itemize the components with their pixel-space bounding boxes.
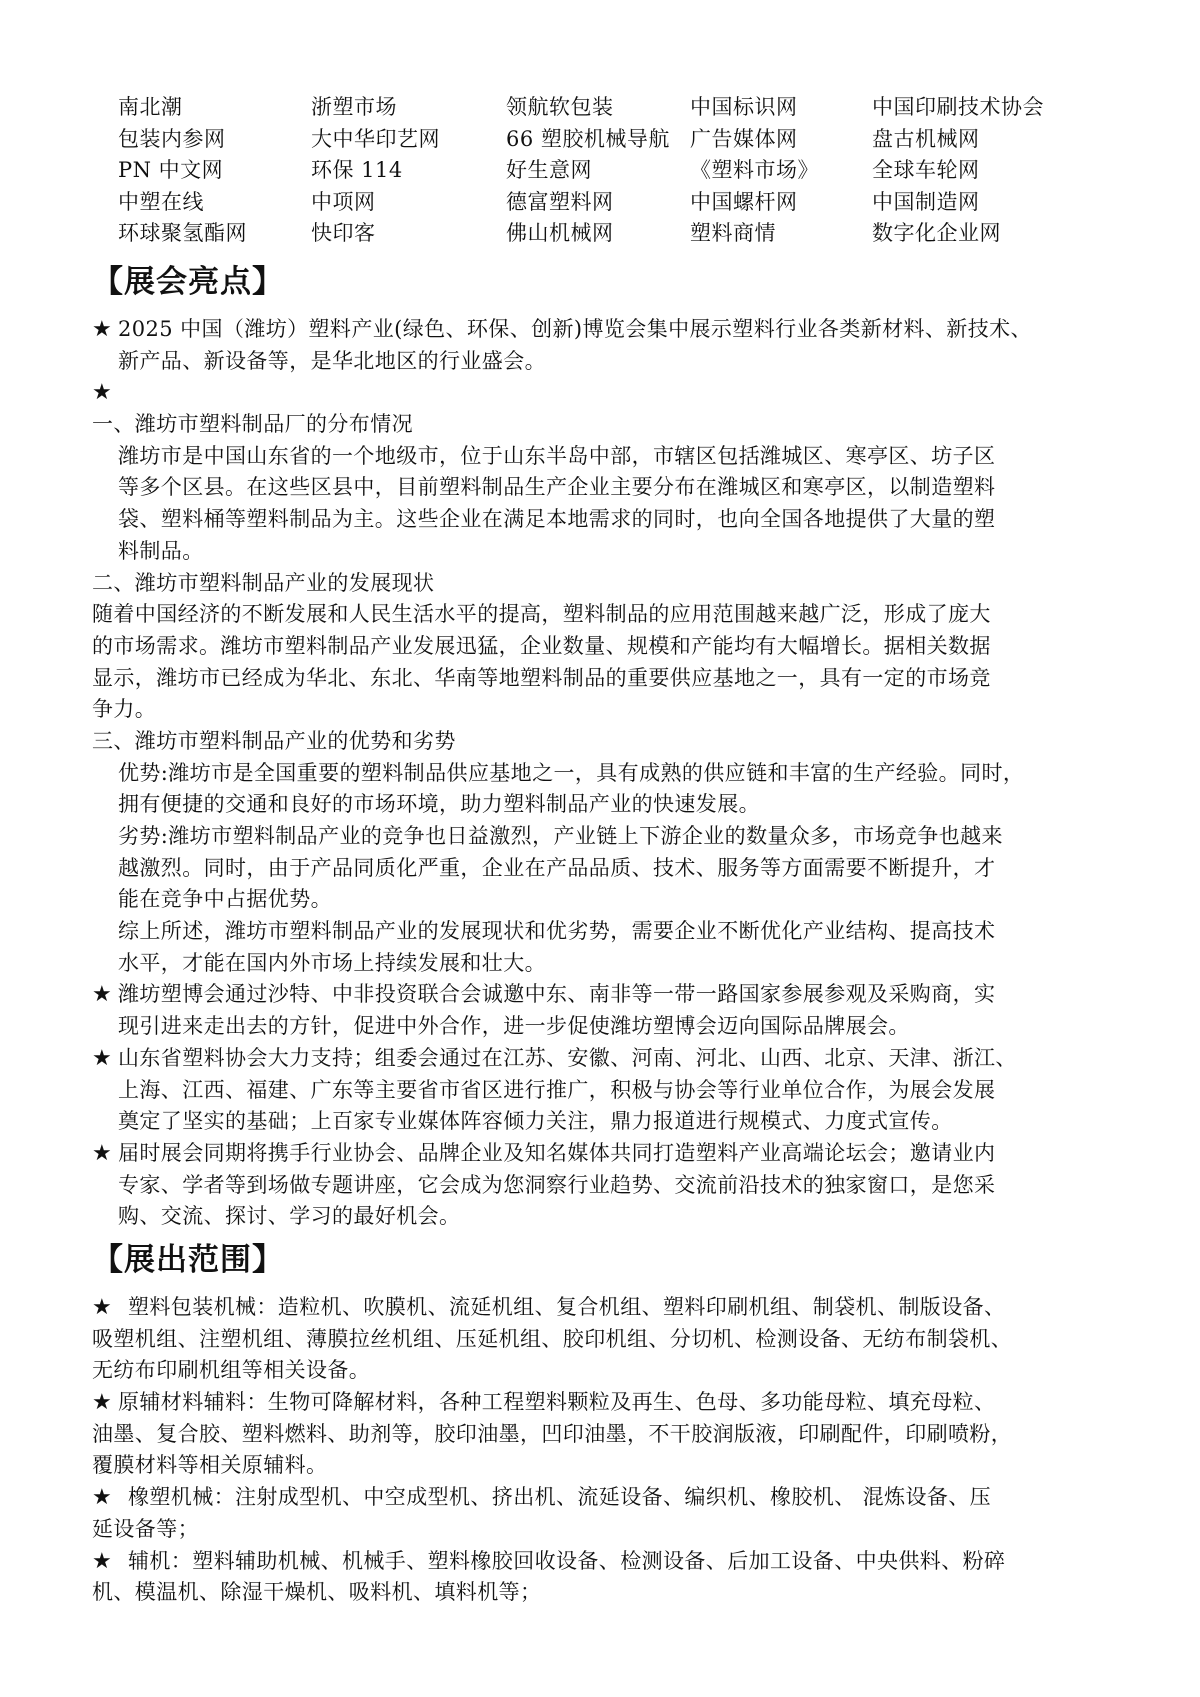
- highlight-item: ★届时展会同期将携手行业协会、品牌企业及知名媒体共同打造塑料产业高端论坛会；邀请…: [92, 1138, 1122, 1170]
- star-bullet-icon: ★: [92, 1043, 118, 1075]
- scope-heading: 【展出范围】: [92, 1240, 284, 1280]
- star-bullet-icon: ★: [92, 1138, 118, 1170]
- text-line: 吸塑机组、注塑机组、薄膜拉丝机组、压延机组、胶印机组、分切机、检测设备、无纺布制…: [92, 1324, 1122, 1356]
- media-row: 南北潮 浙塑市场 领航软包装 中国标识网 中国印刷技术协会: [118, 92, 1118, 124]
- text-line: 越激烈。同时，由于产品同质化严重，企业在产品品质、技术、服务等方面需要不断提升，…: [92, 853, 1122, 885]
- document-page: 南北潮 浙塑市场 领航软包装 中国标识网 中国印刷技术协会 包装内参网 大中华印…: [0, 0, 1200, 1697]
- text-line: 原辅材料辅料：生物可降解材料，各种工程塑料颗粒及再生、色母、多功能母粒、填充母粒…: [118, 1390, 995, 1414]
- text-line: 塑料包装机械：造粒机、吹膜机、流延机组、复合机组、塑料印刷机组、制袋机、制版设备…: [128, 1295, 1005, 1319]
- text-line: 潍坊市是中国山东省的一个地级市，位于山东半岛中部，市辖区包括潍城区、寒亭区、坊子…: [92, 441, 1122, 473]
- media-name: 中国制造网: [872, 187, 980, 218]
- media-name: 广告媒体网: [690, 124, 798, 155]
- media-name: 中国螺杆网: [690, 187, 798, 218]
- highlight-item: ★潍坊塑博会通过沙特、中非投资联合会诚邀中东、南非等一带一路国家参展参观及采购商…: [92, 979, 1122, 1011]
- scope-item: ★辅机：塑料辅助机械、机械手、塑料橡胶回收设备、检测设备、后加工设备、中央供料、…: [92, 1546, 1122, 1578]
- media-name: 中国印刷技术协会: [872, 92, 1044, 123]
- media-name: 66 塑胶机械导航: [506, 124, 670, 155]
- media-name: 南北潮: [118, 92, 183, 123]
- text-line: 拥有便捷的交通和良好的市场环境，助力塑料制品产业的快速发展。: [92, 789, 1122, 821]
- highlights-body: ★2025 中国（潍坊）塑料产业(绿色、环保、创新)博览会集中展示塑料行业各类新…: [92, 314, 1122, 1233]
- text-line: 山东省塑料协会大力支持；组委会通过在江苏、安徽、河南、河北、山西、北京、天津、浙…: [118, 1046, 1017, 1070]
- media-name: 数字化企业网: [872, 218, 1001, 249]
- media-name: 环球聚氢酯网: [118, 218, 247, 249]
- text-line: 优势:潍坊市是全国重要的塑料制品供应基地之一，具有成熟的供应链和丰富的生产经验。…: [92, 758, 1122, 790]
- media-name: 中塑在线: [118, 187, 204, 218]
- star-bullet-icon: ★: [92, 1482, 128, 1514]
- text-line: 橡塑机械：注射成型机、中空成型机、挤出机、流延设备、编织机、橡胶机、 混炼设备、…: [128, 1485, 991, 1509]
- highlight-item: ★2025 中国（潍坊）塑料产业(绿色、环保、创新)博览会集中展示塑料行业各类新…: [92, 314, 1122, 346]
- scope-item: ★塑料包装机械：造粒机、吹膜机、流延机组、复合机组、塑料印刷机组、制袋机、制版设…: [92, 1292, 1122, 1324]
- text-line: 显示，潍坊市已经成为华北、东北、华南等地塑料制品的重要供应基地之一，具有一定的市…: [92, 663, 1122, 695]
- media-row: 包装内参网 大中华印艺网 66 塑胶机械导航 广告媒体网 盘古机械网: [118, 124, 1118, 156]
- media-name: 好生意网: [506, 155, 592, 186]
- section-title: 二、潍坊市塑料制品产业的发展现状: [92, 568, 1122, 600]
- text-line: 劣势:潍坊市塑料制品产业的竞争也日益激烈，产业链上下游企业的数量众多，市场竞争也…: [92, 821, 1122, 853]
- text-line: 潍坊塑博会通过沙特、中非投资联合会诚邀中东、南非等一带一路国家参展参观及采购商，…: [118, 982, 995, 1006]
- scope-item: ★橡塑机械：注射成型机、中空成型机、挤出机、流延设备、编织机、橡胶机、 混炼设备…: [92, 1482, 1122, 1514]
- media-name: 中项网: [311, 187, 376, 218]
- highlight-item: ★: [92, 377, 1122, 409]
- highlight-item: ★山东省塑料协会大力支持；组委会通过在江苏、安徽、河南、河北、山西、北京、天津、…: [92, 1043, 1122, 1075]
- media-name: 快印客: [311, 218, 376, 249]
- section-title: 三、潍坊市塑料制品产业的优势和劣势: [92, 726, 1122, 758]
- text-line: 上海、江西、福建、广东等主要省市省区进行推广，积极与协会等行业单位合作，为展会发…: [92, 1075, 1122, 1107]
- text-line: 延设备等；: [92, 1514, 1122, 1546]
- star-bullet-icon: ★: [92, 377, 118, 409]
- media-row: PN 中文网 环保 114 好生意网 《塑料市场》 全球车轮网: [118, 155, 1118, 187]
- text-line: 机、模温机、除湿干燥机、吸料机、填料机等；: [92, 1577, 1122, 1609]
- star-bullet-icon: ★: [92, 979, 118, 1011]
- star-bullet-icon: ★: [92, 1387, 118, 1419]
- text-line: 辅机：塑料辅助机械、机械手、塑料橡胶回收设备、检测设备、后加工设备、中央供料、粉…: [128, 1549, 1005, 1573]
- media-name: 领航软包装: [506, 92, 614, 123]
- text-line: 随着中国经济的不断发展和人民生活水平的提高，塑料制品的应用范围越来越广泛，形成了…: [92, 599, 1122, 631]
- media-name: PN 中文网: [118, 155, 223, 186]
- text-line: 购、交流、探讨、学习的最好机会。: [92, 1201, 1122, 1233]
- scope-body: ★塑料包装机械：造粒机、吹膜机、流延机组、复合机组、塑料印刷机组、制袋机、制版设…: [92, 1292, 1122, 1609]
- media-name: 佛山机械网: [506, 218, 614, 249]
- media-name: 德富塑料网: [506, 187, 614, 218]
- text-line: 料制品。: [92, 536, 1122, 568]
- star-bullet-icon: ★: [92, 1546, 128, 1578]
- text-line: 无纺布印刷机组等相关设备。: [92, 1355, 1122, 1387]
- text-line: 争力。: [92, 694, 1122, 726]
- text-line: 覆膜材料等相关原辅料。: [92, 1450, 1122, 1482]
- text-line: 能在竞争中占据优势。: [92, 884, 1122, 916]
- media-name: 包装内参网: [118, 124, 226, 155]
- highlights-heading: 【展会亮点】: [92, 262, 284, 302]
- media-name: 中国标识网: [690, 92, 798, 123]
- text-line: 奠定了坚实的基础；上百家专业媒体阵容倾力关注，鼎力报道进行规模式、力度式宣传。: [92, 1106, 1122, 1138]
- text-line: 的市场需求。潍坊市塑料制品产业发展迅猛，企业数量、规模和产能均有大幅增长。据相关…: [92, 631, 1122, 663]
- text-line: 专家、学者等到场做专题讲座，它会成为您洞察行业趋势、交流前沿技术的独家窗口，是您…: [92, 1170, 1122, 1202]
- text-line: 现引进来走出去的方针，促进中外合作，进一步促使潍坊塑博会迈向国际品牌展会。: [92, 1011, 1122, 1043]
- section-title: 一、潍坊市塑料制品厂的分布情况: [92, 409, 1122, 441]
- text-line: 2025 中国（潍坊）塑料产业(绿色、环保、创新)博览会集中展示塑料行业各类新材…: [118, 317, 1032, 341]
- text-line: 新产品、新设备等，是华北地区的行业盛会。: [92, 346, 1122, 378]
- text-line: 等多个区县。在这些区县中，目前塑料制品生产企业主要分布在潍城区和寒亭区，以制造塑…: [92, 472, 1122, 504]
- media-row: 环球聚氢酯网 快印客 佛山机械网 塑料商情 数字化企业网: [118, 218, 1118, 250]
- text-line: 综上所述，潍坊市塑料制品产业的发展现状和优劣势，需要企业不断优化产业结构、提高技…: [92, 916, 1122, 948]
- text-line: 水平，才能在国内外市场上持续发展和壮大。: [92, 948, 1122, 980]
- media-name: 大中华印艺网: [311, 124, 440, 155]
- media-name: 塑料商情: [690, 218, 776, 249]
- scope-item: ★原辅材料辅料：生物可降解材料，各种工程塑料颗粒及再生、色母、多功能母粒、填充母…: [92, 1387, 1122, 1419]
- media-partner-list: 南北潮 浙塑市场 领航软包装 中国标识网 中国印刷技术协会 包装内参网 大中华印…: [118, 92, 1118, 250]
- star-bullet-icon: ★: [92, 314, 118, 346]
- media-name: 盘古机械网: [872, 124, 980, 155]
- text-line: 油墨、复合胶、塑料燃料、助剂等，胶印油墨，凹印油墨，不干胶润版液，印刷配件，印刷…: [92, 1419, 1122, 1451]
- media-name: 《塑料市场》: [690, 155, 819, 186]
- media-name: 浙塑市场: [311, 92, 397, 123]
- media-name: 环保 114: [311, 155, 403, 186]
- media-row: 中塑在线 中项网 德富塑料网 中国螺杆网 中国制造网: [118, 187, 1118, 219]
- text-line: 届时展会同期将携手行业协会、品牌企业及知名媒体共同打造塑料产业高端论坛会；邀请业…: [118, 1141, 995, 1165]
- media-name: 全球车轮网: [872, 155, 980, 186]
- text-line: 袋、塑料桶等塑料制品为主。这些企业在满足本地需求的同时，也向全国各地提供了大量的…: [92, 504, 1122, 536]
- star-bullet-icon: ★: [92, 1292, 128, 1324]
